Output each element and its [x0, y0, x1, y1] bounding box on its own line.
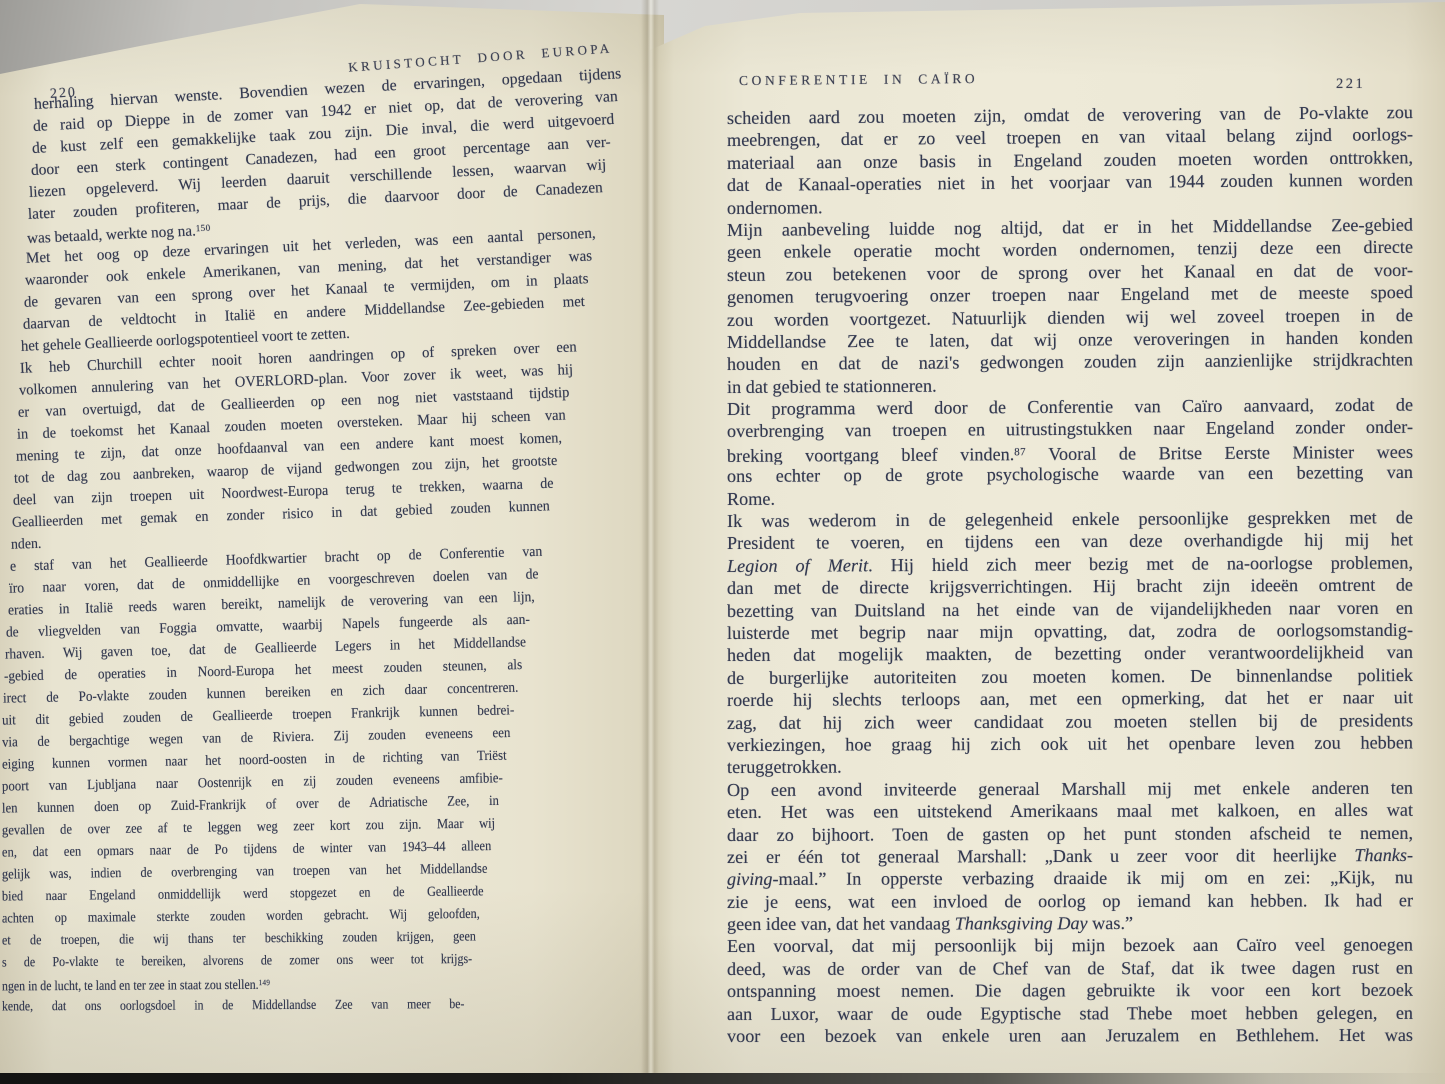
- text-segment-i: Thanks-: [1354, 845, 1413, 865]
- text-segment: Rome.: [727, 488, 775, 508]
- text-line: aan Luxor, waar de oude Egyptische stad …: [727, 1001, 1413, 1025]
- text-line: bezetting van Duitsland na het einde van…: [727, 596, 1413, 622]
- text-line: s de Po-vlakte te bereiken, alvorens de …: [2, 950, 472, 973]
- left-page-text: herhaling hiervan wenste. Bovendien weze…: [0, 94, 622, 1018]
- book-bottom-edge-shadow: [0, 1073, 1445, 1084]
- text-line: ngen in de lucht, te land en ter zee in …: [2, 973, 468, 995]
- text-line: en, dat een opmars naar de Po tijdens de…: [2, 837, 492, 863]
- text-line: bied naar Engeland onmiddellijk werd sto…: [2, 882, 484, 907]
- text-line: deed, was de order van de Chef van de St…: [727, 956, 1413, 980]
- text-line: heden dat mogelijk maakten, de bezetting…: [727, 641, 1413, 667]
- text-segment: breking voortgang bleef vinden.: [727, 444, 1014, 465]
- text-segment: zei er één tot generaal Marshall: „Dank …: [727, 845, 1354, 867]
- text-line: daar zo bijhoort. Toen de gasten op het …: [727, 821, 1413, 846]
- text-line: zag, dat hij zich weer candidaat zou moe…: [727, 709, 1413, 734]
- page-number-right: 221: [1336, 76, 1365, 93]
- text-line: de burgerlijke autoriteiten zou moeten k…: [727, 664, 1413, 689]
- text-segment-i: Thanksgiving Day: [955, 913, 1088, 933]
- book-photo: KRUISTOCHT DOOR EUROPA 220 CONFERENTIE I…: [0, 0, 1445, 1084]
- text-line: et de troepen, die wij thans ter beschik…: [2, 927, 476, 950]
- text-segment-sup: 150: [196, 224, 211, 234]
- text-line: Op een avond inviteerde generaal Marshal…: [727, 776, 1413, 801]
- text-segment: ngen in de lucht, te land en ter zee in …: [2, 978, 259, 994]
- text-line: verkiezingen, hoe graag hij zich ook uit…: [727, 731, 1413, 756]
- text-line: geen idee van, dat het vandaag Thanksgiv…: [727, 911, 1413, 935]
- text-segment: nden.: [11, 536, 42, 553]
- text-segment-sup: 149: [259, 979, 271, 988]
- text-segment-i: giving: [727, 869, 773, 889]
- text-line: Een voorval, dat mij persoonlijk bij mij…: [727, 934, 1413, 958]
- text-segment: in dat gebied te stationneren.: [727, 375, 937, 396]
- text-line: giving-maal.” In opperste verbazing draa…: [727, 866, 1413, 890]
- text-line: dan met de directe krijgsverrichtingen. …: [727, 574, 1413, 600]
- text-line: ontspanning moest nemen. Die dagen gebru…: [727, 979, 1413, 1003]
- text-line: President te voeren, en tijdens een van …: [727, 529, 1413, 555]
- text-segment-i: Legion of Merit: [727, 555, 868, 576]
- text-line: eten. Het was een uitstekend Amerikaans …: [727, 799, 1413, 824]
- text-segment: teruggetrokken.: [727, 757, 842, 777]
- text-segment-sup: 87: [1014, 446, 1026, 458]
- text-segment: was.”: [1088, 913, 1134, 933]
- book-gutter-crease: [641, 0, 659, 1084]
- text-segment: -maal.” In opperste verbazing draaide ik…: [772, 867, 1413, 889]
- right-page-text: scheiden aard zou moeten zijn, omdat de …: [727, 107, 1413, 1047]
- text-line: voor een bezoek van enkele uren aan Jeru…: [727, 1024, 1413, 1047]
- text-segment: . Hij hield zich meer bezig met de na-oo…: [868, 552, 1413, 575]
- running-head-right: CONFERENTIE IN CAÏRO: [739, 71, 978, 89]
- text-line: kende, dat ons oorlogsdoel in de Middell…: [2, 995, 464, 1016]
- text-line: zei er één tot generaal Marshall: „Dank …: [727, 844, 1413, 868]
- text-line: achten op maximale sterkte zouden worden…: [2, 905, 480, 929]
- text-segment: ondernomen.: [727, 197, 823, 218]
- text-line: roerde hij slechts terloops aan, met een…: [727, 686, 1413, 711]
- text-line: teruggetrokken.: [727, 754, 1413, 779]
- text-line: gelijk was, indien de overbrenging van t…: [2, 859, 488, 884]
- text-line: zie je eens, wat een invloed de oorlog o…: [727, 889, 1413, 913]
- text-segment: geen idee van, dat het vandaag: [727, 914, 955, 935]
